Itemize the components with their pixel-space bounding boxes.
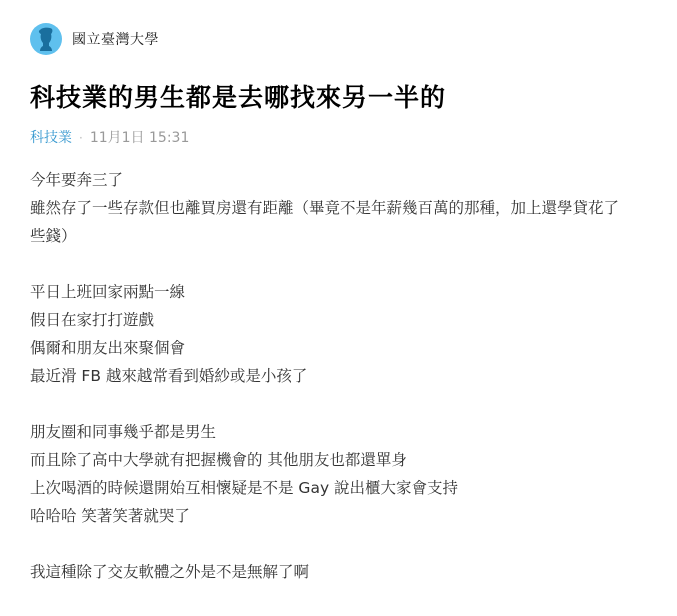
content-line: 今年要奔三了 <box>30 166 647 194</box>
meta-separator: · <box>79 128 83 148</box>
content-line: 而且除了高中大學就有把握機會的 其他朋友也都還單身 <box>30 446 647 474</box>
author-name[interactable]: 國立臺灣大學 <box>72 29 159 49</box>
content-line: 假日在家打打遊戲 <box>30 306 647 334</box>
post-container: 國立臺灣大學 科技業的男生都是去哪找來另一半的 科技業 · 11月1日 15:3… <box>0 20 677 586</box>
post-title: 科技業的男生都是去哪找來另一半的 <box>30 82 647 114</box>
content-line: 偶爾和朋友出來聚個會 <box>30 334 647 362</box>
content-line: 平日上班回家兩點一線 <box>30 278 647 306</box>
content-line: 哈哈哈 笑著笑著就哭了 <box>30 502 647 530</box>
forum-link[interactable]: 科技業 <box>30 128 72 148</box>
content-line: 些錢） <box>30 222 647 250</box>
content-line <box>30 250 647 278</box>
avatar[interactable] <box>30 23 62 55</box>
content-line: 上次喝酒的時候還開始互相懷疑是不是 Gay 說出櫃大家會支持 <box>30 474 647 502</box>
content-line: 雖然存了一些存款但也離買房還有距離（畢竟不是年薪幾百萬的那種，加上還學貸花了 <box>30 194 647 222</box>
author-row[interactable]: 國立臺灣大學 <box>30 20 647 58</box>
user-silhouette-icon <box>30 23 62 55</box>
content-line: 我這種除了交友軟體之外是不是無解了啊 <box>30 558 647 586</box>
post-timestamp: 11月1日 15:31 <box>90 128 190 148</box>
post-meta: 科技業 · 11月1日 15:31 <box>30 128 647 148</box>
content-line <box>30 530 647 558</box>
post-content: 今年要奔三了 雖然存了一些存款但也離買房還有距離（畢竟不是年薪幾百萬的那種，加上… <box>30 166 647 586</box>
content-line: 朋友圈和同事幾乎都是男生 <box>30 418 647 446</box>
content-line: 最近滑 FB 越來越常看到婚紗或是小孩了 <box>30 362 647 390</box>
content-line <box>30 390 647 418</box>
